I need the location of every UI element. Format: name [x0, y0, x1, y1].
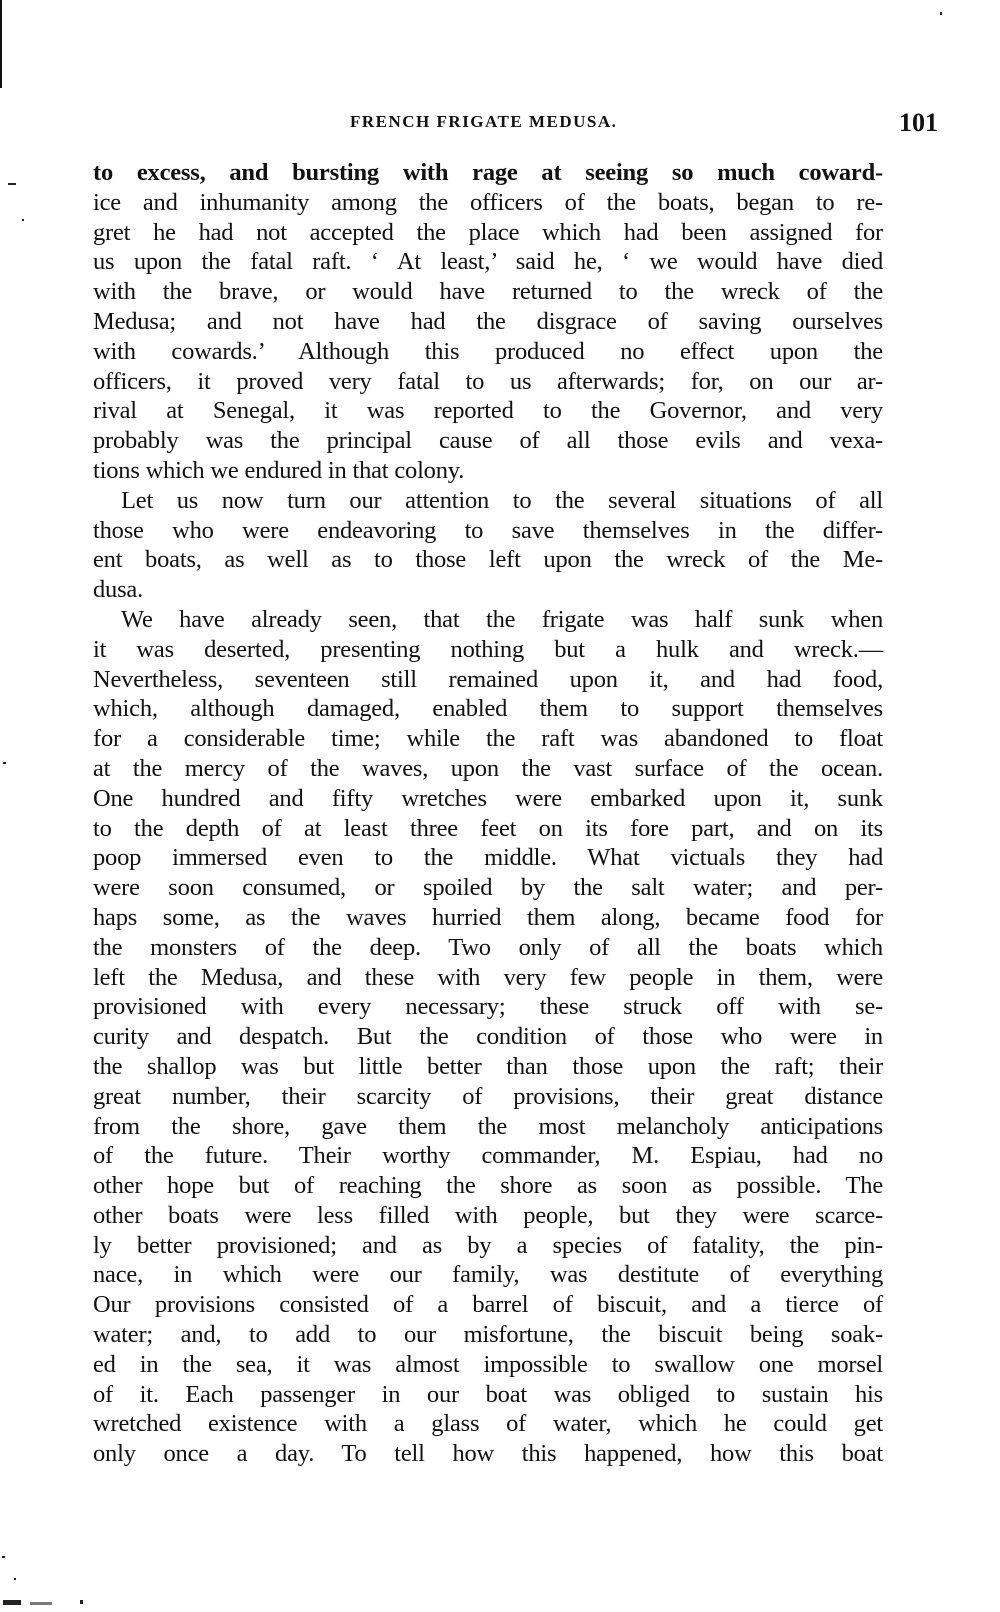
text-line: those who were endeavoring to save thems… — [93, 516, 883, 546]
scan-speck — [80, 1600, 83, 1604]
book-page: French Frigate Medusa. 101 to excess, an… — [0, 0, 1000, 1612]
text-line: Let us now turn our attention to the sev… — [93, 486, 883, 516]
text-line: rival at Senegal, it was reported to the… — [93, 396, 883, 426]
text-line: provisioned with every necessary; these … — [93, 992, 883, 1022]
text-line: the shallop was but little better than t… — [93, 1052, 883, 1082]
text-line: tions which we endured in that colony. — [93, 456, 883, 486]
running-head: French Frigate Medusa. 101 — [0, 108, 1000, 138]
text-line: the monsters of the deep. Two only of al… — [93, 933, 883, 963]
text-line: other boats were less filled with people… — [93, 1201, 883, 1231]
scan-speck — [30, 1602, 52, 1605]
text-line: nace, in which were our family, was dest… — [93, 1260, 883, 1290]
text-line: which, although damaged, enabled them to… — [93, 694, 883, 724]
paragraph: to excess, and bursting with rage at see… — [93, 158, 883, 486]
text-line: officers, it proved very fatal to us aft… — [93, 367, 883, 397]
text-line: with the brave, or would have returned t… — [93, 277, 883, 307]
text-line: of the future. Their worthy commander, M… — [93, 1141, 883, 1171]
text-line: with cowards.’ Although this produced no… — [93, 337, 883, 367]
text-line: ice and inhumanity among the officers of… — [93, 188, 883, 218]
text-line: ed in the sea, it was almost impossible … — [93, 1350, 883, 1380]
text-line: ent boats, as well as to those left upon… — [93, 545, 883, 575]
scan-speck — [3, 762, 6, 764]
scan-speck — [14, 1578, 16, 1580]
text-line: great number, their scarcity of provisio… — [93, 1082, 883, 1112]
text-line: for a considerable time; while the raft … — [93, 724, 883, 754]
text-line: left the Medusa, and these with very few… — [93, 963, 883, 993]
page-number: 101 — [899, 108, 938, 138]
text-line: to excess, and bursting with rage at see… — [93, 158, 883, 188]
scan-speck — [2, 1556, 5, 1558]
scan-speck — [940, 12, 942, 15]
text-line: were soon consumed, or spoiled by the sa… — [93, 873, 883, 903]
text-line: at the mercy of the waves, upon the vast… — [93, 754, 883, 784]
text-line: it was deserted, presenting nothing but … — [93, 635, 883, 665]
text-line: water; and, to add to our misfortune, th… — [93, 1320, 883, 1350]
scan-speck — [22, 219, 24, 221]
text-line: other hope but of reaching the shore as … — [93, 1171, 883, 1201]
body-text: to excess, and bursting with rage at see… — [93, 158, 883, 1469]
running-title: French Frigate Medusa. — [350, 112, 617, 132]
text-line: We have already seen, that the frigate w… — [93, 605, 883, 635]
scan-edge-mark — [0, 0, 2, 88]
text-line: One hundred and fifty wretches were emba… — [93, 784, 883, 814]
scan-speck — [3, 1600, 21, 1605]
text-line: poop immersed even to the middle. What v… — [93, 843, 883, 873]
text-line: wretched existence with a glass of water… — [93, 1409, 883, 1439]
text-line: of it. Each passenger in our boat was ob… — [93, 1380, 883, 1410]
paragraph: We have already seen, that the frigate w… — [93, 605, 883, 1469]
text-line: from the shore, gave them the most melan… — [93, 1112, 883, 1142]
text-line: dusa. — [93, 575, 883, 605]
text-line: us upon the fatal raft. ‘ At least,’ sai… — [93, 247, 883, 277]
text-line: haps some, as the waves hurried them alo… — [93, 903, 883, 933]
text-line: ly better provisioned; and as by a speci… — [93, 1231, 883, 1261]
text-line: Nevertheless, seventeen still remained u… — [93, 665, 883, 695]
text-line: probably was the principal cause of all … — [93, 426, 883, 456]
text-line: Our provisions consisted of a barrel of … — [93, 1290, 883, 1320]
scan-speck — [8, 183, 16, 185]
text-line: curity and despatch. But the condition o… — [93, 1022, 883, 1052]
paragraph: Let us now turn our attention to the sev… — [93, 486, 883, 605]
text-line: to the depth of at least three feet on i… — [93, 814, 883, 844]
text-line: only once a day. To tell how this happen… — [93, 1439, 883, 1469]
text-line: Medusa; and not have had the disgrace of… — [93, 307, 883, 337]
text-line: gret he had not accepted the place which… — [93, 218, 883, 248]
